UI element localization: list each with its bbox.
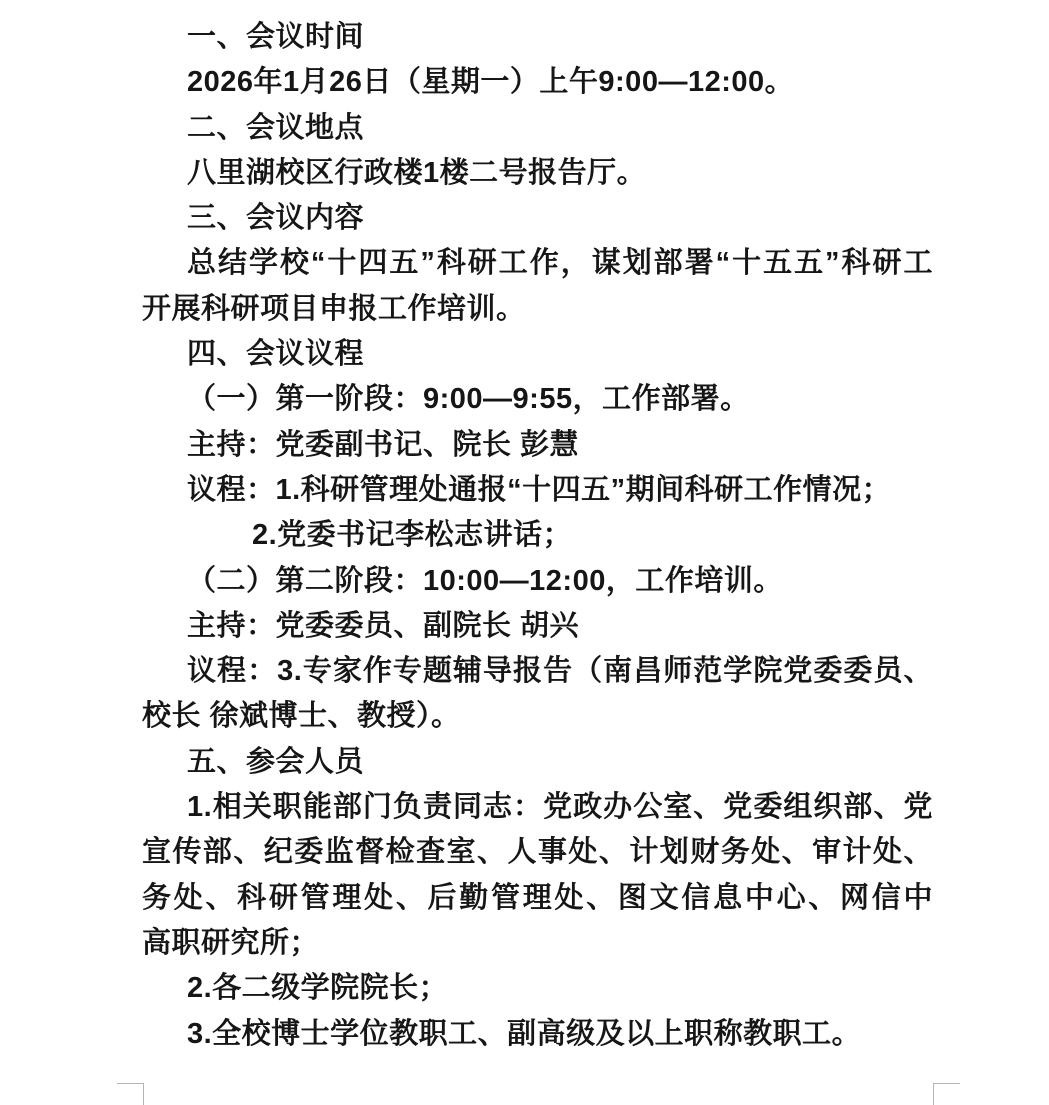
text-line: 2.党委书记李松志讲话； (142, 513, 933, 558)
document-page: 一、会议时间2026年1月26日（星期一）上午9:00—12:00。二、会议地点… (0, 0, 1049, 1105)
text-line: （二）第二阶段：10:00—12:00，工作培训。 (142, 559, 933, 604)
text-line: 八里湖校区行政楼1楼二号报告厅。 (142, 151, 933, 196)
text-line: 议程：1.科研管理处通报“十四五”期间科研工作情况； (142, 468, 933, 513)
text-line: 四、会议议程 (142, 332, 933, 377)
text-line: 总结学校“十四五”科研工作，谋划部署“十五五”科研工作； (142, 241, 933, 286)
text-line: 校长 徐斌博士、教授）。 (142, 694, 933, 739)
text-line: 议程：3.专家作专题辅导报告（南昌师范学院党委委员、副 (142, 649, 933, 694)
text-line: 宣传部、纪委监督检查室、人事处、计划财务处、审计处、教 (142, 830, 933, 875)
page-corner-mark-left-icon (117, 1083, 144, 1105)
text-line: 主持：党委副书记、院长 彭慧 (142, 423, 933, 468)
text-line: 一、会议时间 (142, 15, 933, 60)
text-line: 2026年1月26日（星期一）上午9:00—12:00。 (142, 60, 933, 105)
text-line: 1.相关职能部门负责同志：党政办公室、党委组织部、党委 (142, 785, 933, 830)
text-line: （一）第一阶段：9:00—9:55，工作部署。 (142, 377, 933, 422)
text-line: 主持：党委委员、副院长 胡兴 (142, 604, 933, 649)
text-line: 务处、科研管理处、后勤管理处、图文信息中心、网信中心、 (142, 876, 933, 921)
page-corner-mark-right-icon (933, 1083, 960, 1105)
text-line: 五、参会人员 (142, 740, 933, 785)
text-line: 开展科研项目申报工作培训。 (142, 287, 933, 332)
text-line: 二、会议地点 (142, 106, 933, 151)
text-line: 高职研究所； (142, 921, 933, 966)
document-body: 一、会议时间2026年1月26日（星期一）上午9:00—12:00。二、会议地点… (142, 15, 933, 1057)
text-line: 3.全校博士学位教职工、副高级及以上职称教职工。 (142, 1012, 933, 1057)
text-line: 三、会议内容 (142, 196, 933, 241)
text-line: 2.各二级学院院长； (142, 966, 933, 1011)
